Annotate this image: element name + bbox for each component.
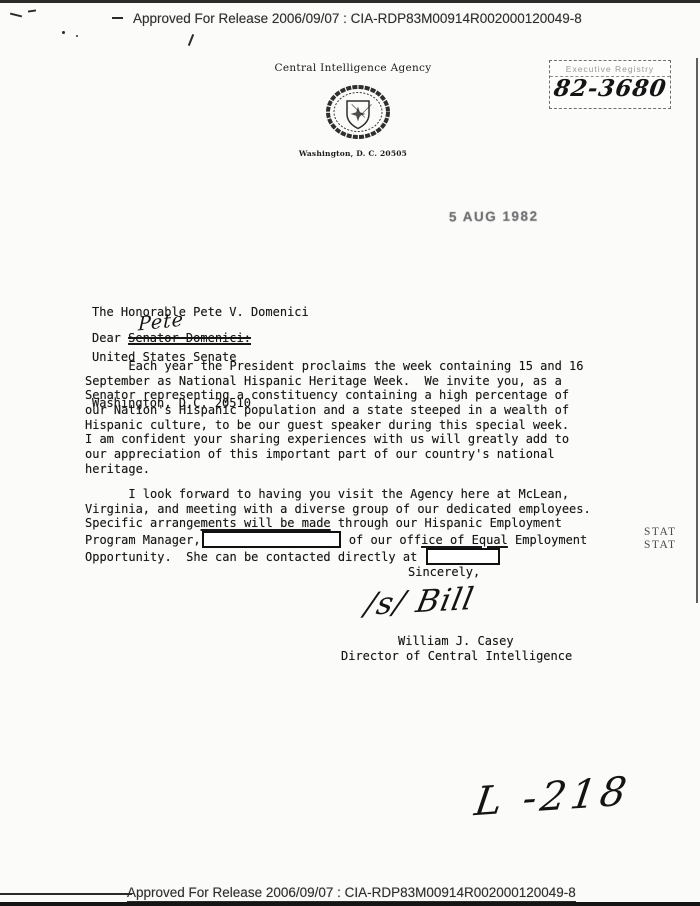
release-footer: Approved For Release 2006/09/07 : CIA-RD… <box>127 885 576 903</box>
body-line: Senator representing a constituency cont… <box>85 388 630 403</box>
registry-stamp: Executive Registry 82-3680 <box>549 60 671 109</box>
body-line: Each year the President proclaims the we… <box>85 359 630 374</box>
body-text: I look forward to having you visit the A… <box>85 487 569 501</box>
salutation-prefix: Dear <box>92 331 128 345</box>
scan-artifact-right-line <box>696 58 698 603</box>
signer-title: Director of Central Intelligence <box>341 649 572 664</box>
scan-artifact <box>76 35 78 37</box>
body-text: ments will be made <box>201 516 331 530</box>
body-text: Specific arrange <box>85 516 201 530</box>
body-text: Virginia, and meeting with a diverse gro… <box>85 502 591 516</box>
body-line: Hispanic culture, to be our guest speake… <box>85 418 630 433</box>
scan-artifact-footer-line <box>0 893 132 895</box>
redaction-box <box>202 531 341 548</box>
body-text: September as National Hispanic Heritage … <box>85 374 562 388</box>
scan-artifact <box>10 13 22 18</box>
scan-artifact-bottom-bar <box>0 902 700 906</box>
registry-stamp-number-handwritten: 82-3680 <box>548 75 672 102</box>
body-line: Specific arrangements will be made throu… <box>85 516 630 531</box>
body-text: our appreciation of this important part … <box>85 447 555 461</box>
closing-sincerely: Sincerely, <box>408 565 480 580</box>
redaction-box <box>426 548 500 565</box>
stat-annotation: STAT <box>644 526 677 538</box>
salutation-struck-text: Senator Domenici: <box>128 331 251 345</box>
body-line: September as National Hispanic Heritage … <box>85 374 630 389</box>
scan-artifact <box>62 31 65 34</box>
scan-artifact-top-bar <box>0 0 700 3</box>
signature-handwritten: /s/ Bill <box>362 581 478 623</box>
body-line: Program Manager, of our office of Equal … <box>85 531 630 548</box>
body-line: I look forward to having you visit the A… <box>85 487 630 502</box>
recipient-line: The Honorable Pete V. Domenici <box>92 305 309 320</box>
body-text: heritage. <box>85 462 150 476</box>
scanned-letter-page: Approved For Release 2006/09/07 : CIA-RD… <box>0 0 700 906</box>
body-text: Opportunity. She can be contacted direct… <box>85 550 425 564</box>
body-line: I am confident your sharing experiences … <box>85 432 630 447</box>
salutation: Dear Senator Domenici: <box>92 331 251 346</box>
date-stamp: 5 AUG 1982 <box>449 209 539 225</box>
body-text: Senator representing a constituency cont… <box>85 388 569 402</box>
body-line: Opportunity. She can be contacted direct… <box>85 548 630 565</box>
letter-body: Each year the President proclaims the we… <box>85 359 630 565</box>
paragraph: I look forward to having you visit the A… <box>85 487 630 565</box>
body-text: our Nation's Hispanic population and a s… <box>85 403 569 417</box>
body-line: our Nation's Hispanic population and a s… <box>85 403 630 418</box>
cia-seal-icon <box>325 85 391 140</box>
body-text: I am confident your sharing experiences … <box>85 432 569 446</box>
body-line: our appreciation of this important part … <box>85 447 630 462</box>
body-text: of our off <box>342 533 421 547</box>
body-text: Each year the President proclaims the we… <box>85 359 584 373</box>
file-number-handwritten: L -218 <box>472 769 634 826</box>
letterhead-city-line: Washington, D. C. 20505 <box>0 149 700 158</box>
signer-name: William J. Casey <box>398 634 514 649</box>
paragraph: Each year the President proclaims the we… <box>85 359 630 476</box>
body-text: Hispanic culture, to be our guest speake… <box>85 418 569 432</box>
body-text: ice of Equal <box>421 533 508 547</box>
body-line: Virginia, and meeting with a diverse gro… <box>85 502 630 517</box>
body-text: through our Hispanic Employment <box>331 516 562 530</box>
scan-artifact <box>188 34 194 46</box>
stat-annotation: STAT <box>644 539 677 551</box>
scan-artifact <box>112 17 123 19</box>
body-line: heritage. <box>85 462 630 477</box>
release-header: Approved For Release 2006/09/07 : CIA-RD… <box>133 11 582 26</box>
body-text: Employment <box>508 533 587 547</box>
body-text: Program Manager, <box>85 533 201 547</box>
scan-artifact <box>28 9 36 12</box>
